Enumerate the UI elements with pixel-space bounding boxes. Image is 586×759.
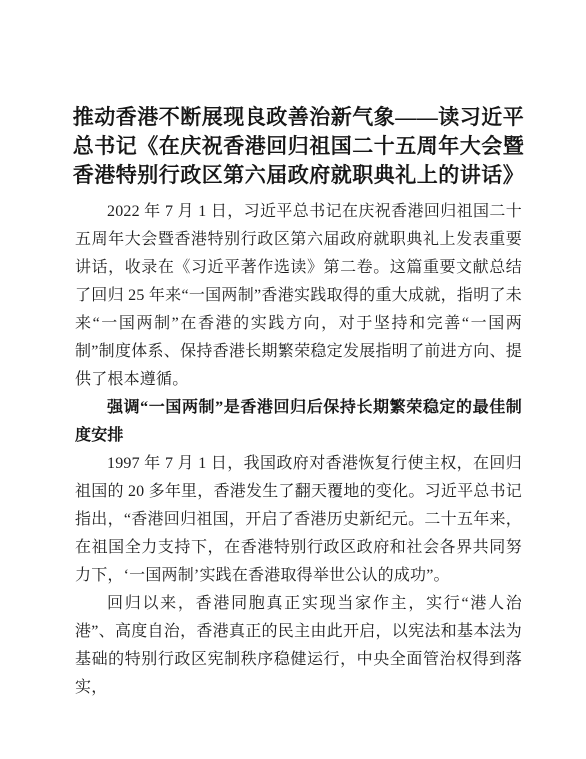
- paragraph-history: 1997 年 7 月 1 日，我国政府对香港恢复行使主权，在回归祖国的 20 多…: [75, 450, 522, 590]
- paragraph-governance: 回归以来，香港同胞真正实现当家作主，实行“港人治港”、高度自治，香港真正的民主由…: [75, 590, 522, 702]
- document-title: 推动香港不断展现良政善治新气象——读习近平总书记《在庆祝香港回归祖国二十五周年大…: [69, 103, 528, 190]
- document-page: 推动香港不断展现良政善治新气象——读习近平总书记《在庆祝香港回归祖国二十五周年大…: [0, 0, 586, 759]
- paragraph-intro: 2022 年 7 月 1 日，习近平总书记在庆祝香港回归祖国二十五周年大会暨香港…: [75, 198, 522, 394]
- section-subheading: 强调“一国两制”是香港回归后保持长期繁荣稳定的最佳制度安排: [75, 394, 522, 450]
